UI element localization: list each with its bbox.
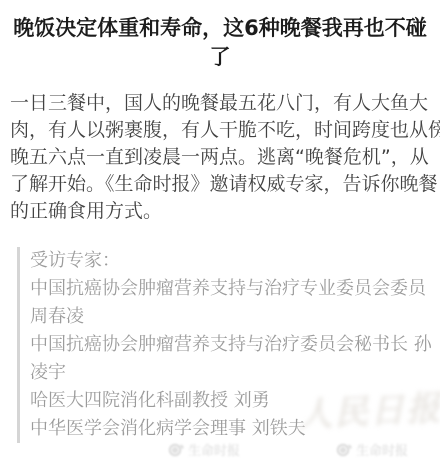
weibo-watermark-left: 生命时报 [168,440,240,459]
body-line: 了解开始。《生命时报》邀请权威专家，告诉你晚餐 [10,171,440,198]
body-line: 肉，有人以粥裹腹，有人干脆不吃，时间跨度也从傍 [10,117,440,144]
expert-line: 哈医大四院消化科副教授 刘勇 [30,387,440,415]
article-title-line-2: 了 [0,43,440,72]
expert-line: 凌宇 [30,359,440,387]
weibo-eye-icon [336,443,352,457]
article-body: 一日三餐中，国人的晚餐最五花八门，有人大鱼大 肉，有人以粥裹腹，有人干脆不吃，时… [0,90,440,225]
experts-heading: 受访专家： [30,247,440,275]
weibo-watermark-left-text: 生命时报 [188,440,240,459]
body-line: 晚五六点一直到凌晨一两点。逃离“晚餐危机”，从 [10,144,440,171]
article-page: 晚饭决定体重和寿命，这6种晚餐我再也不碰 了 一日三餐中，国人的晚餐最五花八门，… [0,0,440,461]
expert-line: 中国抗癌协会肿瘤营养支持与治疗专业委员会委员 [30,275,440,303]
body-line: 的正确食用方式。 [10,198,440,225]
article-title: 晚饭决定体重和寿命，这6种晚餐我再也不碰 了 [0,0,440,72]
expert-line: 中国抗癌协会肿瘤营养支持与治疗委员会秘书长 孙 [30,331,440,359]
experts-blockquote: 受访专家： 中国抗癌协会肿瘤营养支持与治疗专业委员会委员 周春凌 中国抗癌协会肿… [17,247,440,443]
expert-line: 中华医学会消化病学会理事 刘铁夫 [30,415,440,443]
weibo-watermark-right: 生命时报 [336,440,408,459]
body-line: 一日三餐中，国人的晚餐最五花八门，有人大鱼大 [10,90,440,117]
weibo-watermark-right-text: 生命时报 [356,440,408,459]
article-title-line-1: 晚饭决定体重和寿命，这6种晚餐我再也不碰 [0,14,440,43]
expert-line: 周春凌 [30,303,440,331]
weibo-eye-icon [168,443,184,457]
